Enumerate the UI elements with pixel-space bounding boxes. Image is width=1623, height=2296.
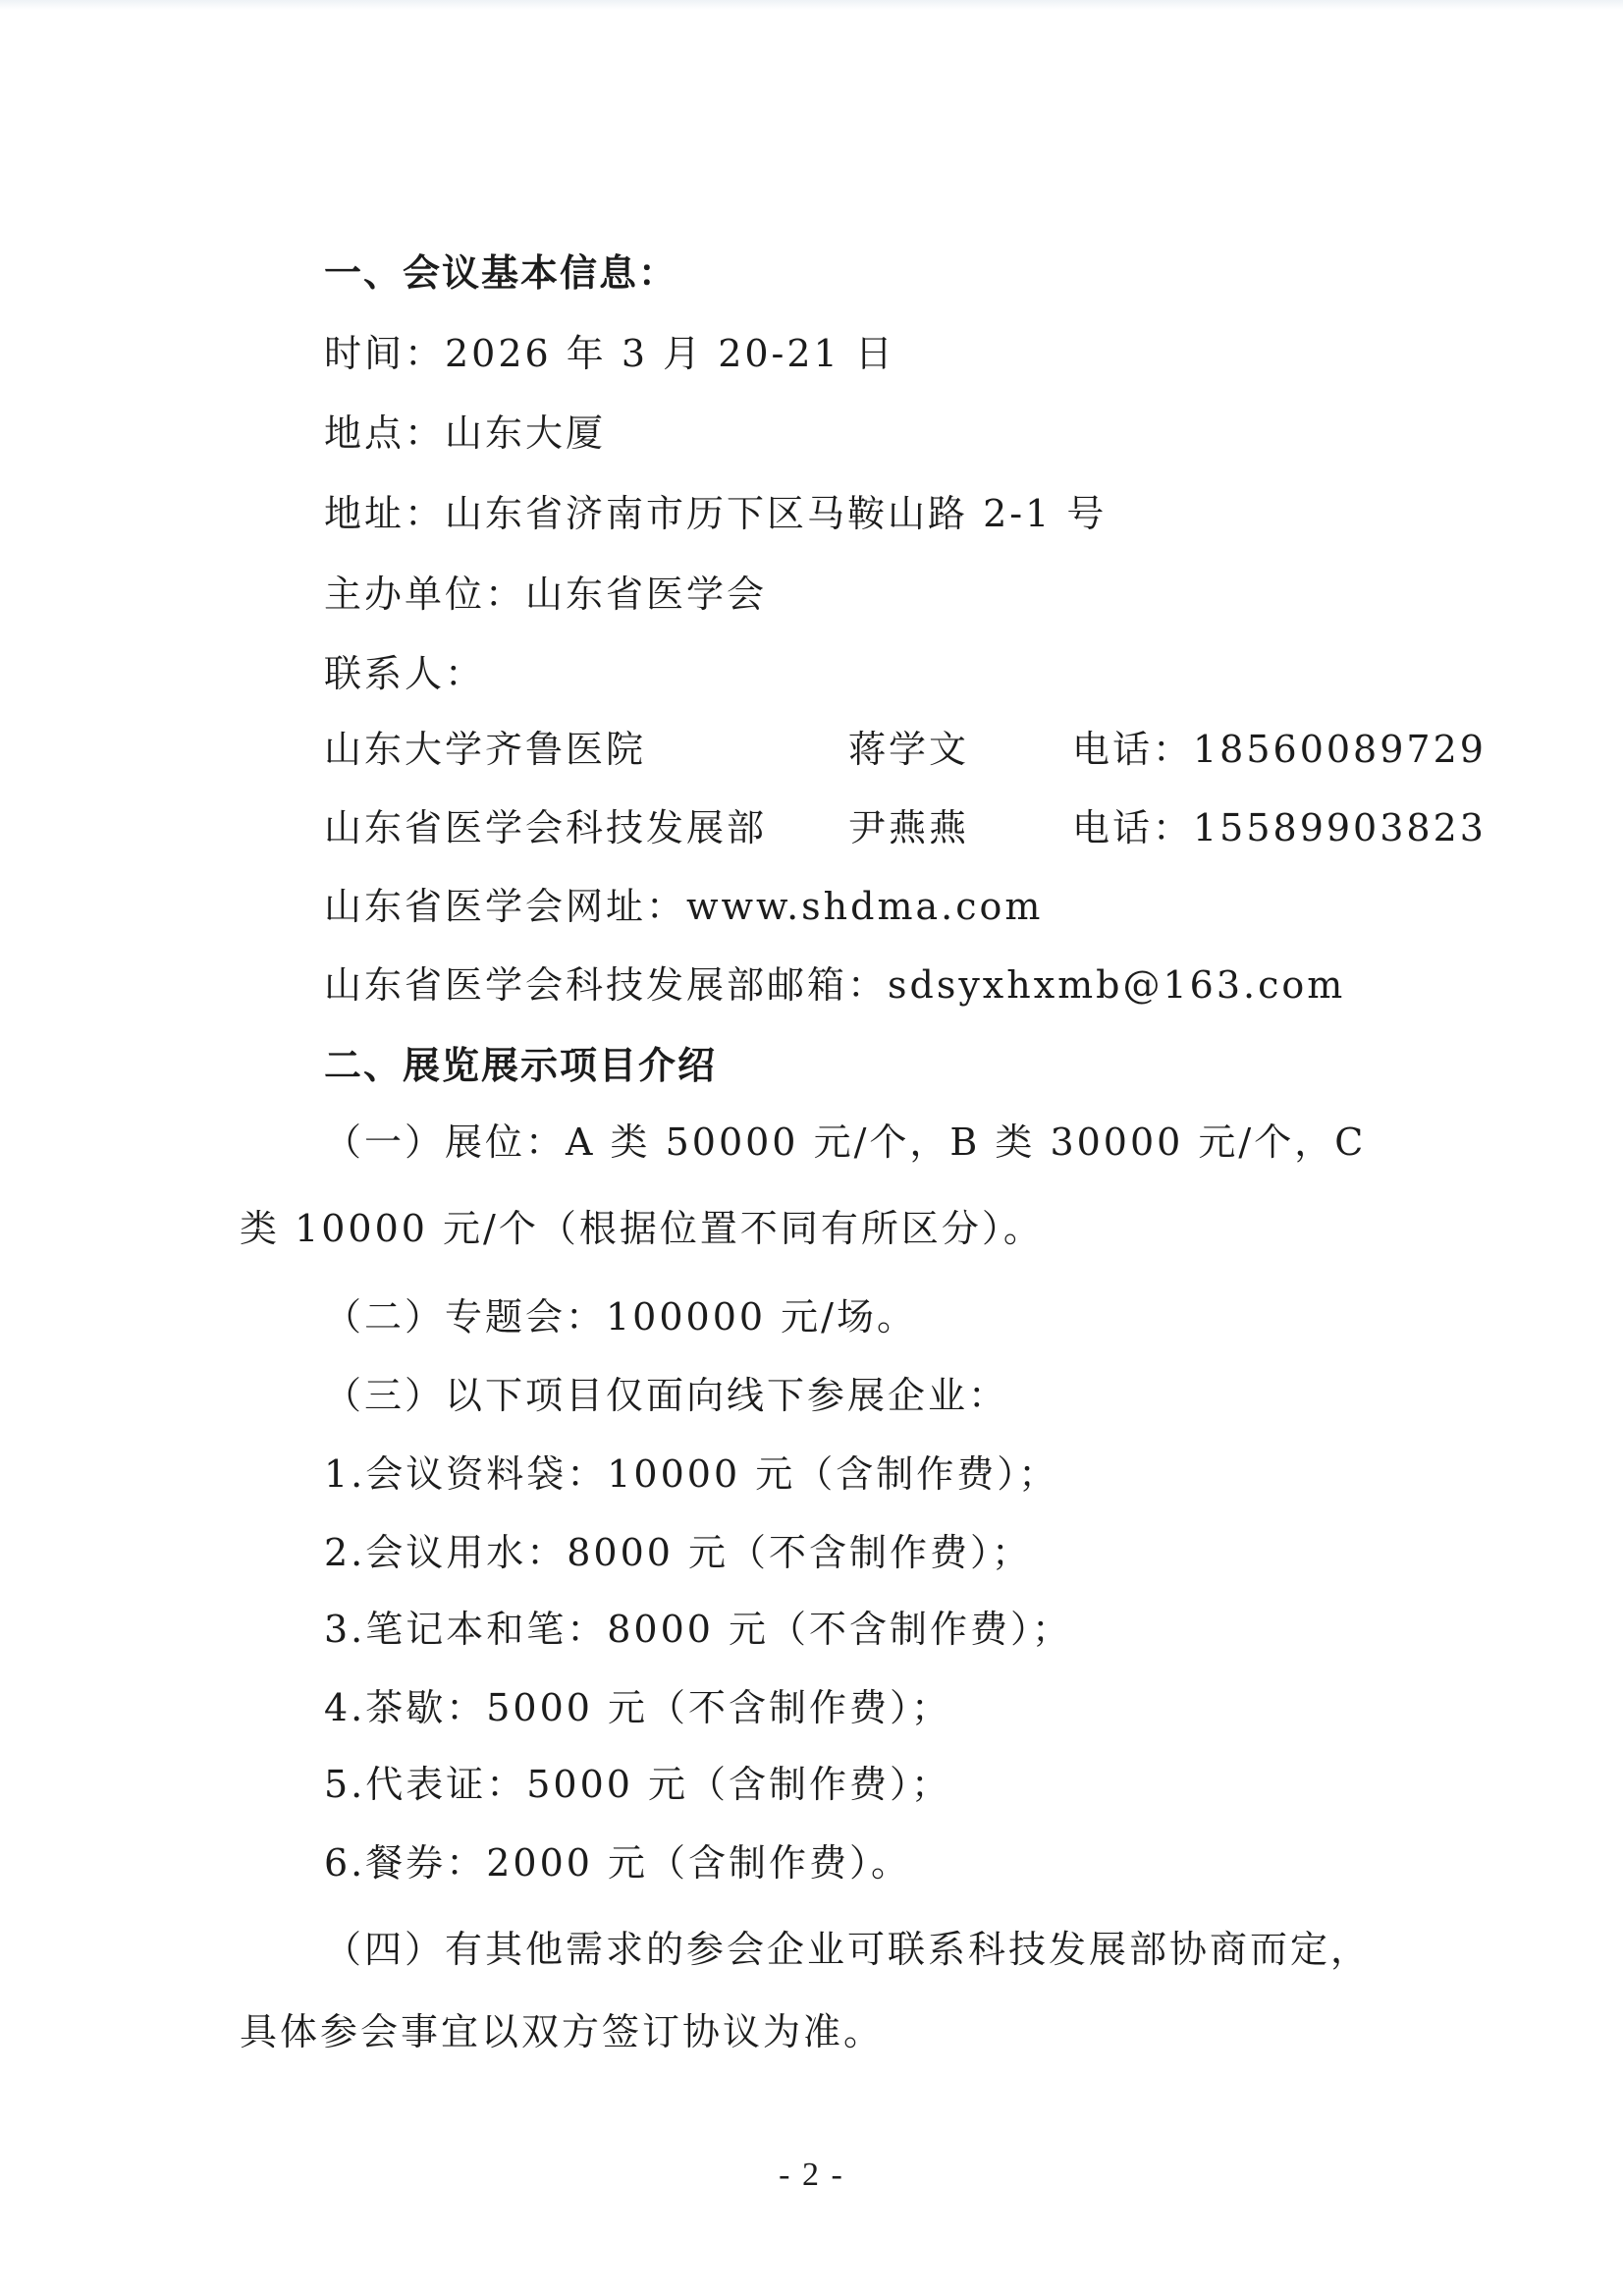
- contact-phone: 电话：18560089729: [1072, 727, 1487, 772]
- contact-row: 山东大学齐鲁医院 蒋学文 电话：18560089729: [324, 727, 1453, 772]
- contact-name: 尹燕燕: [848, 805, 969, 850]
- booth-pricing-line-2: 类 10000 元/个（根据位置不同有所区分）。: [240, 1206, 1044, 1251]
- offline-items-intro: （三）以下项目仅面向线下参展企业：: [324, 1373, 1008, 1418]
- offline-item: 4.茶歇：5000 元（不含制作费）；: [324, 1685, 951, 1730]
- offline-item: 3.笔记本和笔：8000 元（不含制作费）；: [324, 1607, 1072, 1652]
- page-number: - 2 -: [0, 2157, 1623, 2194]
- offline-item: 5.代表证：5000 元（含制作费）；: [324, 1762, 951, 1807]
- meeting-time: 时间：2026 年 3 月 20-21 日: [324, 331, 895, 376]
- contact-name: 蒋学文: [848, 727, 969, 772]
- meeting-address: 地址：山东省济南市历下区马鞍山路 2-1 号: [324, 491, 1107, 536]
- meeting-organizer: 主办单位：山东省医学会: [324, 572, 767, 617]
- section-2-heading: 二、展览展示项目介绍: [324, 1043, 717, 1088]
- other-needs-line-2: 具体参会事宜以双方签订协议为准。: [240, 2009, 884, 2054]
- website-line: 山东省医学会网址：www.shdma.com: [324, 884, 1043, 929]
- email-line: 山东省医学会科技发展部邮箱：sdsyxhxmb@163.com: [324, 962, 1345, 1008]
- contact-org: 山东大学齐鲁医院: [324, 727, 646, 772]
- symposium-pricing: （二）专题会：100000 元/场。: [324, 1294, 917, 1339]
- offline-item: 1.会议资料袋：10000 元（含制作费）；: [324, 1451, 1058, 1497]
- document-page: 一、会议基本信息： 时间：2026 年 3 月 20-21 日 地点：山东大厦 …: [0, 0, 1623, 2296]
- contact-phone: 电话：15589903823: [1072, 805, 1487, 850]
- offline-item: 6.餐券：2000 元（含制作费）。: [324, 1840, 911, 1886]
- contacts-label: 联系人：: [324, 651, 485, 696]
- contact-row: 山东省医学会科技发展部 尹燕燕 电话：15589903823: [324, 805, 1453, 850]
- booth-pricing-line-1: （一）展位：A 类 50000 元/个，B 类 30000 元/个，C: [324, 1120, 1366, 1165]
- contact-org: 山东省医学会科技发展部: [324, 805, 767, 850]
- section-1-heading: 一、会议基本信息：: [324, 250, 677, 296]
- meeting-venue: 地点：山东大厦: [324, 410, 606, 456]
- other-needs-line-1: （四）有其他需求的参会企业可联系科技发展部协商而定，: [324, 1927, 1371, 1972]
- offline-item: 2.会议用水：8000 元（不含制作费）；: [324, 1530, 1032, 1575]
